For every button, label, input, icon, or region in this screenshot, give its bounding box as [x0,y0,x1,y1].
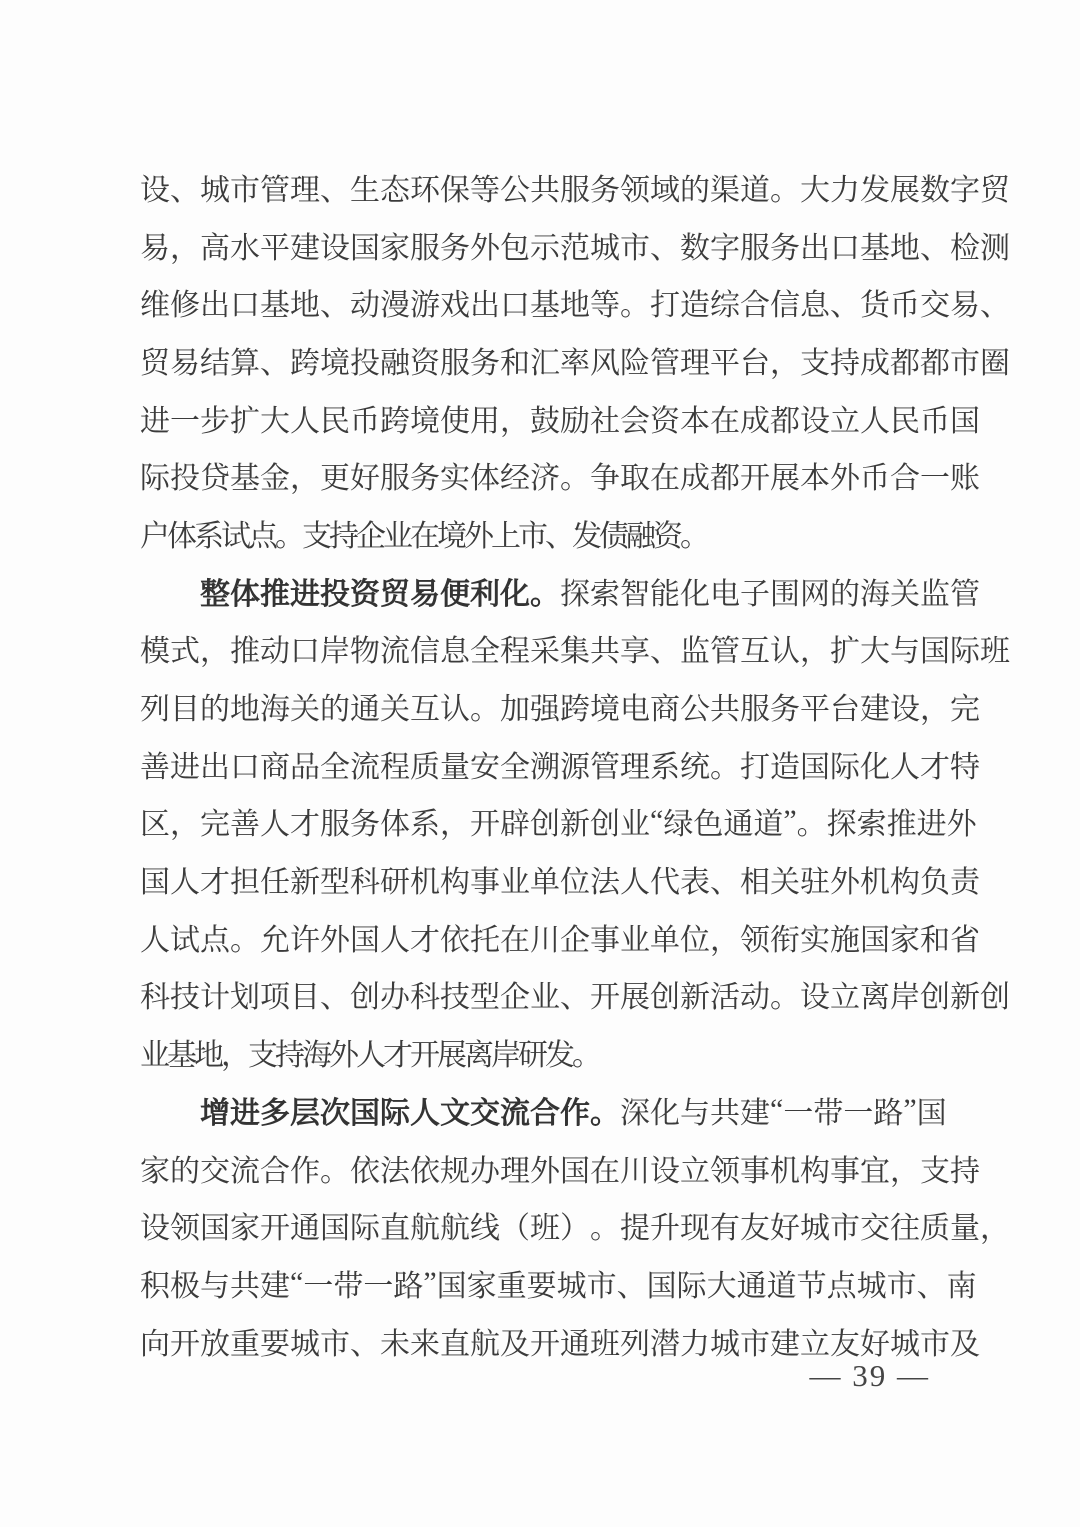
character: 质 [410,742,440,786]
character: 贸 [140,338,170,382]
character: 好 [350,453,380,497]
character: 等 [590,280,620,324]
character: 平 [710,338,740,382]
character: 态 [380,165,410,209]
character: 进 [230,1088,260,1132]
text-line: 科技计划项目、创办科技型企业、开展创新活动。设立离岸创新创 [140,966,940,1024]
character: 资 [650,396,680,440]
character: 市 [587,1261,617,1305]
character: 在 [650,453,680,497]
character: 机 [770,1146,800,1190]
character: 际 [140,453,170,497]
character: 设 [320,223,350,267]
character: 创 [530,799,560,843]
character: 易 [410,569,440,613]
character: 流 [350,742,380,786]
character: 合 [740,280,770,324]
character: 动 [740,972,770,1016]
character: 系 [410,799,440,843]
character: 网 [800,569,830,613]
character: 外 [470,223,500,267]
character: 支 [800,338,830,382]
character: 与 [200,1261,230,1305]
character: 完 [950,684,980,728]
character: 资 [350,569,380,613]
character: 。 [590,1203,620,1247]
character: 范 [560,223,590,267]
character: 重 [497,1261,527,1305]
text-line: 积极与共建“一带一路”国家重要城市、国际大通道节点城市、南 [140,1254,940,1312]
character: 班 [590,1319,620,1363]
character: 体 [230,569,260,613]
character: 领 [170,1203,200,1247]
character: 口 [290,626,320,670]
character: 服 [410,223,440,267]
character: “ [290,1266,303,1300]
character: 善 [230,799,260,843]
character: 开 [740,453,770,497]
character: 。 [710,742,740,786]
text-line: 维修出口基地、动漫游戏出口基地等。打造综合信息、货币交易、 [140,273,940,331]
character: 项 [260,972,290,1016]
character: 带 [333,1261,363,1305]
character: 务 [350,799,380,843]
character: 次 [320,1088,350,1132]
character: 一 [170,396,200,440]
character: 渠 [710,165,740,209]
character: 戏 [440,280,470,324]
character: 国 [647,1261,677,1305]
character: （ [500,1203,530,1247]
character: 贸 [980,165,1010,209]
character: 化 [500,569,530,613]
character: 新 [680,972,710,1016]
character: 市 [230,165,260,209]
character: 外 [947,799,977,843]
character: 溯 [530,742,560,786]
character: 往 [890,1203,920,1247]
text-segment: 业基地，支持海外人才开展离岸研发。 [140,1030,599,1074]
character: 都 [920,338,950,382]
page-number: — 39 — [810,1358,931,1394]
character: 合 [260,1146,290,1190]
character: 互 [740,626,770,670]
character: 利 [470,569,500,613]
character: 体 [470,453,500,497]
character: 进 [140,396,170,440]
character: 善 [140,742,170,786]
character: 、 [650,223,680,267]
character: 系 [650,742,680,786]
character: 的 [830,569,860,613]
character: 数 [920,165,950,209]
character: 立 [680,1146,710,1190]
character: 现 [680,1203,710,1247]
character: 构 [800,1146,830,1190]
character: 国 [350,1088,380,1132]
character: 造 [770,742,800,786]
character: 点 [827,1261,857,1305]
character: 通 [723,799,753,843]
character: 一 [920,453,950,497]
character: 展 [890,165,920,209]
character: 人 [380,915,410,959]
character: 采 [530,626,560,670]
character: 国 [950,396,980,440]
character: 管 [950,569,980,613]
character: 新 [950,972,980,1016]
character: 共 [230,1261,260,1305]
character: 型 [320,857,350,901]
text-line: 际投贷基金，更好服务实体经济。争取在成都开展本外币合一账 [140,446,940,504]
character: 程 [500,626,530,670]
character: 路 [873,1088,903,1132]
character: 活 [710,972,740,1016]
character: ） [560,1203,590,1247]
character: 务 [470,338,500,382]
character: 路 [393,1261,423,1305]
character: 省 [950,915,980,959]
character: 事 [830,1146,860,1190]
character: 更 [320,453,350,497]
character: 划 [230,972,260,1016]
character: 服 [740,684,770,728]
character: 国 [920,626,950,670]
character: 的 [200,684,230,728]
character: 、 [650,626,680,670]
character: 修 [170,280,200,324]
character: 极 [170,1261,200,1305]
character: 国 [437,1261,467,1305]
character: 投 [350,338,380,382]
character: 会 [620,396,650,440]
character: 川 [620,1146,650,1190]
character: 市 [950,338,980,382]
character: 大 [860,626,890,670]
character: 技 [170,972,200,1016]
character: 贸 [380,569,410,613]
text-line: 善进出口商品全流程质量安全溯源管理系统。打造国际化人才特 [140,735,940,793]
character: “ [770,1093,783,1127]
character: 享 [620,626,650,670]
character: 展 [770,453,800,497]
character: 基 [860,223,890,267]
character: 账 [950,453,980,497]
character: 大 [260,396,290,440]
character: 电 [620,684,650,728]
character: 子 [740,569,770,613]
character: 城 [800,1203,830,1247]
character: 城 [710,1319,740,1363]
character: 能 [650,569,680,613]
character: 要 [260,1319,290,1363]
character: 信 [410,626,440,670]
character: 索 [590,569,620,613]
character: 用 [470,396,500,440]
character: 离 [860,972,890,1016]
character: 目 [290,972,320,1016]
character: 全 [470,626,500,670]
character: ， [290,453,320,497]
character: 开 [530,1319,560,1363]
character: 认 [440,684,470,728]
character: 跨 [290,338,320,382]
character: 支 [920,1146,950,1190]
character: 强 [530,684,560,728]
character: 成 [680,453,710,497]
character: 列 [140,684,170,728]
text-line: 家的交流合作。依法依规办理外国在川设立领事机构事宜，支持 [140,1139,940,1197]
character: 外 [830,857,860,901]
character: 本 [800,453,830,497]
character: 流 [500,1088,530,1132]
character: 单 [530,857,560,901]
character: 施 [830,915,860,959]
text-line: 整体推进投资贸易便利化。探索智能化电子围网的海关监管 [140,562,940,620]
character: 商 [260,742,290,786]
character: 易 [140,223,170,267]
character: 在 [500,915,530,959]
text-line: 人试点。允许外国人才依托在川企事业单位，领衔实施国家和省 [140,908,940,966]
character: 地 [890,223,920,267]
character: 基 [530,280,560,324]
character: 建 [860,684,890,728]
character: 都 [710,453,740,497]
character: 服 [440,338,470,382]
character: 线 [470,1203,500,1247]
character: 型 [470,972,500,1016]
character: 争 [590,453,620,497]
character: 出 [200,280,230,324]
character: 圈 [980,338,1010,382]
character: 台 [740,338,770,382]
character: ， [170,223,200,267]
character: 一 [303,1261,333,1305]
character: 家 [380,223,410,267]
character: 成 [860,338,890,382]
character: 有 [710,1203,740,1247]
character: 升 [650,1203,680,1247]
character: 计 [200,972,230,1016]
character: 国 [800,742,830,786]
character: 步 [200,396,230,440]
character: 式 [170,626,200,670]
character: 文 [440,1088,470,1132]
character: 质 [920,1203,950,1247]
character: 进 [917,799,947,843]
character: 海 [260,684,290,728]
character: 立 [800,1319,830,1363]
character: 合 [530,1088,560,1132]
character: 口 [500,280,530,324]
character: 法 [590,857,620,901]
character: 与 [890,626,920,670]
character: 城 [200,165,230,209]
character: 息 [800,280,830,324]
character: 际 [350,1203,380,1247]
character: 人 [890,742,920,786]
character: 依 [410,1146,440,1190]
character: 责 [950,857,980,901]
character: 鼓 [530,396,560,440]
character: 流 [230,1146,260,1190]
character: 检 [950,223,980,267]
character: 探 [827,799,857,843]
character: 市 [740,1319,770,1363]
character: 直 [380,1203,410,1247]
character: 使 [440,396,470,440]
character: 构 [440,857,470,901]
character: 等 [470,165,500,209]
character: 才 [410,915,440,959]
character: 出 [470,280,500,324]
character: ， [200,626,230,670]
character: 服 [740,223,770,267]
character: 实 [440,453,470,497]
character: 深 [620,1088,650,1132]
character: 共 [710,684,740,728]
character: 开 [590,972,620,1016]
character: 服 [320,799,350,843]
text-segment: 户体系试点。支持企业在境外上市、发债融资。 [140,511,707,555]
character: 道 [767,1261,797,1305]
character: 全 [500,742,530,786]
character: 。 [320,1146,350,1190]
character: 成 [740,396,770,440]
character: 都 [770,396,800,440]
character: 设 [650,1146,680,1190]
character: 化 [680,569,710,613]
character: 流 [380,626,410,670]
character: 打 [650,280,680,324]
character: 。 [530,569,560,613]
character: 市 [920,1319,950,1363]
character: 展 [620,972,650,1016]
character: 、 [320,165,350,209]
character: 智 [620,569,650,613]
character: 国 [320,1203,350,1247]
character: 市 [887,1261,917,1305]
character: 口 [230,280,260,324]
character: 。 [770,972,800,1016]
character: 国 [560,1146,590,1190]
character: 扩 [830,626,860,670]
character: 跨 [560,684,590,728]
text-line: 进一步扩大人民币跨境使用，鼓励社会资本在成都设立人民币国 [140,389,940,447]
character: 目 [170,684,200,728]
character: 际 [830,742,860,786]
character: 数 [680,223,710,267]
character: 创 [350,972,380,1016]
text-line: 户体系试点。支持企业在境外上市、发债融资。 [140,504,940,562]
text-line: 国人才担任新型科研机构事业单位法人代表、相关驻外机构负责 [140,850,940,908]
character: 理 [680,338,710,382]
text-block: 设、城市管理、生态环保等公共服务领域的渠道。大力发展数字贸易，高水平建设国家服务… [140,158,940,1369]
character: 领 [710,1146,740,1190]
character: 量 [440,742,470,786]
character: 领 [620,165,650,209]
character: 表 [680,857,710,901]
character: 规 [440,1146,470,1190]
character: 友 [740,1203,770,1247]
character: 关 [290,684,320,728]
character: 综 [710,280,740,324]
character: 一 [783,1088,813,1132]
character: 水 [230,223,260,267]
character: 币 [920,396,950,440]
character: 务 [410,453,440,497]
character: 共 [530,165,560,209]
character: 好 [860,1319,890,1363]
character: 认 [770,626,800,670]
character: 增 [200,1088,230,1132]
character: 企 [560,915,590,959]
character: 生 [350,165,380,209]
character: 辟 [500,799,530,843]
character: 共 [710,1088,740,1132]
character: 家 [890,915,920,959]
character: 。 [560,453,590,497]
character: 漫 [380,280,410,324]
character: 新 [560,799,590,843]
character: 重 [230,1319,260,1363]
character: 岸 [890,972,920,1016]
character: 事 [740,1146,770,1190]
character: 城 [857,1261,887,1305]
character: 信 [770,280,800,324]
character: 依 [440,915,470,959]
character: 基 [230,453,260,497]
character: 实 [800,915,830,959]
character: 都 [890,338,920,382]
character: 大 [800,165,830,209]
character: 业 [620,799,650,843]
character: 的 [680,165,710,209]
character: ， [800,626,830,670]
character: 人 [620,857,650,901]
character: 投 [170,453,200,497]
character: 口 [230,742,260,786]
character: 。 [470,684,500,728]
character: ， [440,799,470,843]
character: 建 [740,1088,770,1132]
character: 国 [350,223,380,267]
character: 平 [260,223,290,267]
character: 统 [680,742,710,786]
character: 大 [707,1261,737,1305]
character: 、 [917,1261,947,1305]
character: 基 [260,280,290,324]
character: 未 [380,1319,410,1363]
character: 持 [830,338,860,382]
character: 励 [560,396,590,440]
character: 带 [813,1088,843,1132]
character: 物 [350,626,380,670]
character: ， [710,915,740,959]
character: 开 [170,1319,200,1363]
character: 打 [740,742,770,786]
character: 。 [230,915,260,959]
character: 力 [830,165,860,209]
character: 家 [140,1146,170,1190]
character: 全 [320,742,350,786]
character: 体 [380,799,410,843]
character: 位 [560,857,590,901]
text-line: 贸易结算、跨境投融资服务和汇率风险管理平台，支持成都都市圈 [140,331,940,389]
character: 创 [590,799,620,843]
character: 。 [590,1088,620,1132]
character: 作 [290,1146,320,1190]
